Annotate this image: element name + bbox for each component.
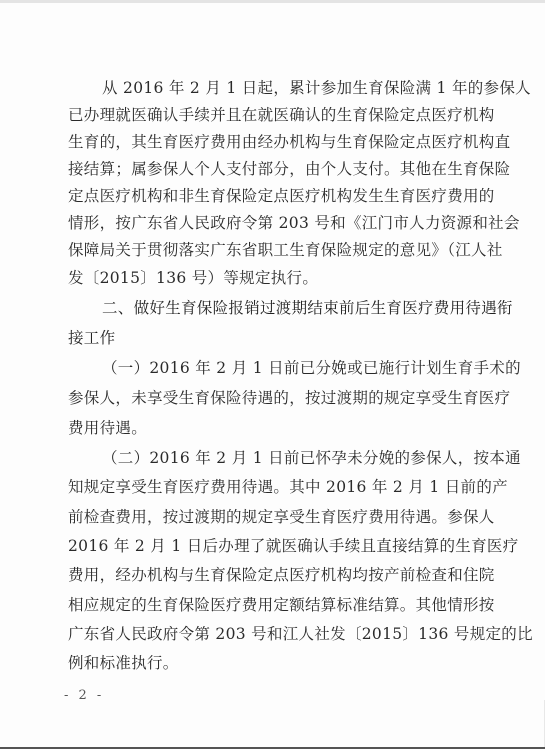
item-2-line-1: （二）2016 年 2 月 1 日前已怀孕未分娩的参保人，按本通 — [102, 448, 472, 468]
paragraph-1-line-1: 从 2016 年 2 月 1 日起，累计参加生育保险满 1 年的参保人 — [102, 78, 472, 98]
paragraph-1-line-7: 保障局关于贯彻落实广东省职工生育保险规定的意见》（江人社 — [68, 240, 472, 260]
item-1-line-2: 参保人，未享受生育保险待遇的，按过渡期的规定享受生育医疗 — [68, 388, 472, 408]
item-2-line-7: 广东省人民政府令第 203 号和江人社发〔2015〕136 号规定的比 — [68, 624, 472, 644]
paragraph-1-line-2: 已办理就医确认手续并且在就医确认的生育保险定点医疗机构 — [68, 105, 472, 125]
section-heading-line-2: 接工作 — [68, 328, 472, 348]
page-number: - 2 - — [64, 688, 104, 703]
paragraph-1-line-8: 发〔2015〕136 号）等规定执行。 — [68, 268, 472, 288]
item-2-line-2: 知规定享受生育医疗费用待遇。其中 2016 年 2 月 1 日前的产 — [68, 477, 472, 497]
item-2-line-3: 前检查费用，按过渡期的规定享受生育医疗费用待遇。参保人 — [68, 507, 472, 527]
item-1-line-1: （一）2016 年 2 月 1 日前已分娩或已施行计划生育手术的 — [102, 358, 472, 378]
section-heading-line-1: 二、做好生育保险报销过渡期结束前后生育医疗费用待遇衔 — [102, 298, 472, 318]
paragraph-1-line-4: 接结算；属参保人个人支付部分，由个人支付。其他在生育保险 — [68, 159, 472, 179]
paragraph-1-line-6: 情形，按广东省人民政府令第 203 号和《江门市人力资源和社会 — [68, 213, 472, 233]
paragraph-1-line-3: 生育的，其生育医疗费用由经办机构与生育保险定点医疗机构直 — [68, 132, 472, 152]
item-2-line-5: 费用，经办机构与生育保险定点医疗机构均按产前检查和住院 — [68, 565, 472, 585]
item-1-line-3: 费用待遇。 — [68, 418, 472, 438]
document-page: 从 2016 年 2 月 1 日起，累计参加生育保险满 1 年的参保人 已办理就… — [0, 0, 545, 749]
item-2-line-8: 例和标准执行。 — [68, 653, 472, 673]
paragraph-1-line-5: 定点医疗机构和非生育保险定点医疗机构发生生育医疗费用的 — [68, 186, 472, 206]
item-2-line-4: 2016 年 2 月 1 日后办理了就医确认手续且直接结算的生育医疗 — [68, 536, 472, 556]
item-2-line-6: 相应规定的生育保险医疗费用定额结算标准结算。其他情形按 — [68, 595, 472, 615]
